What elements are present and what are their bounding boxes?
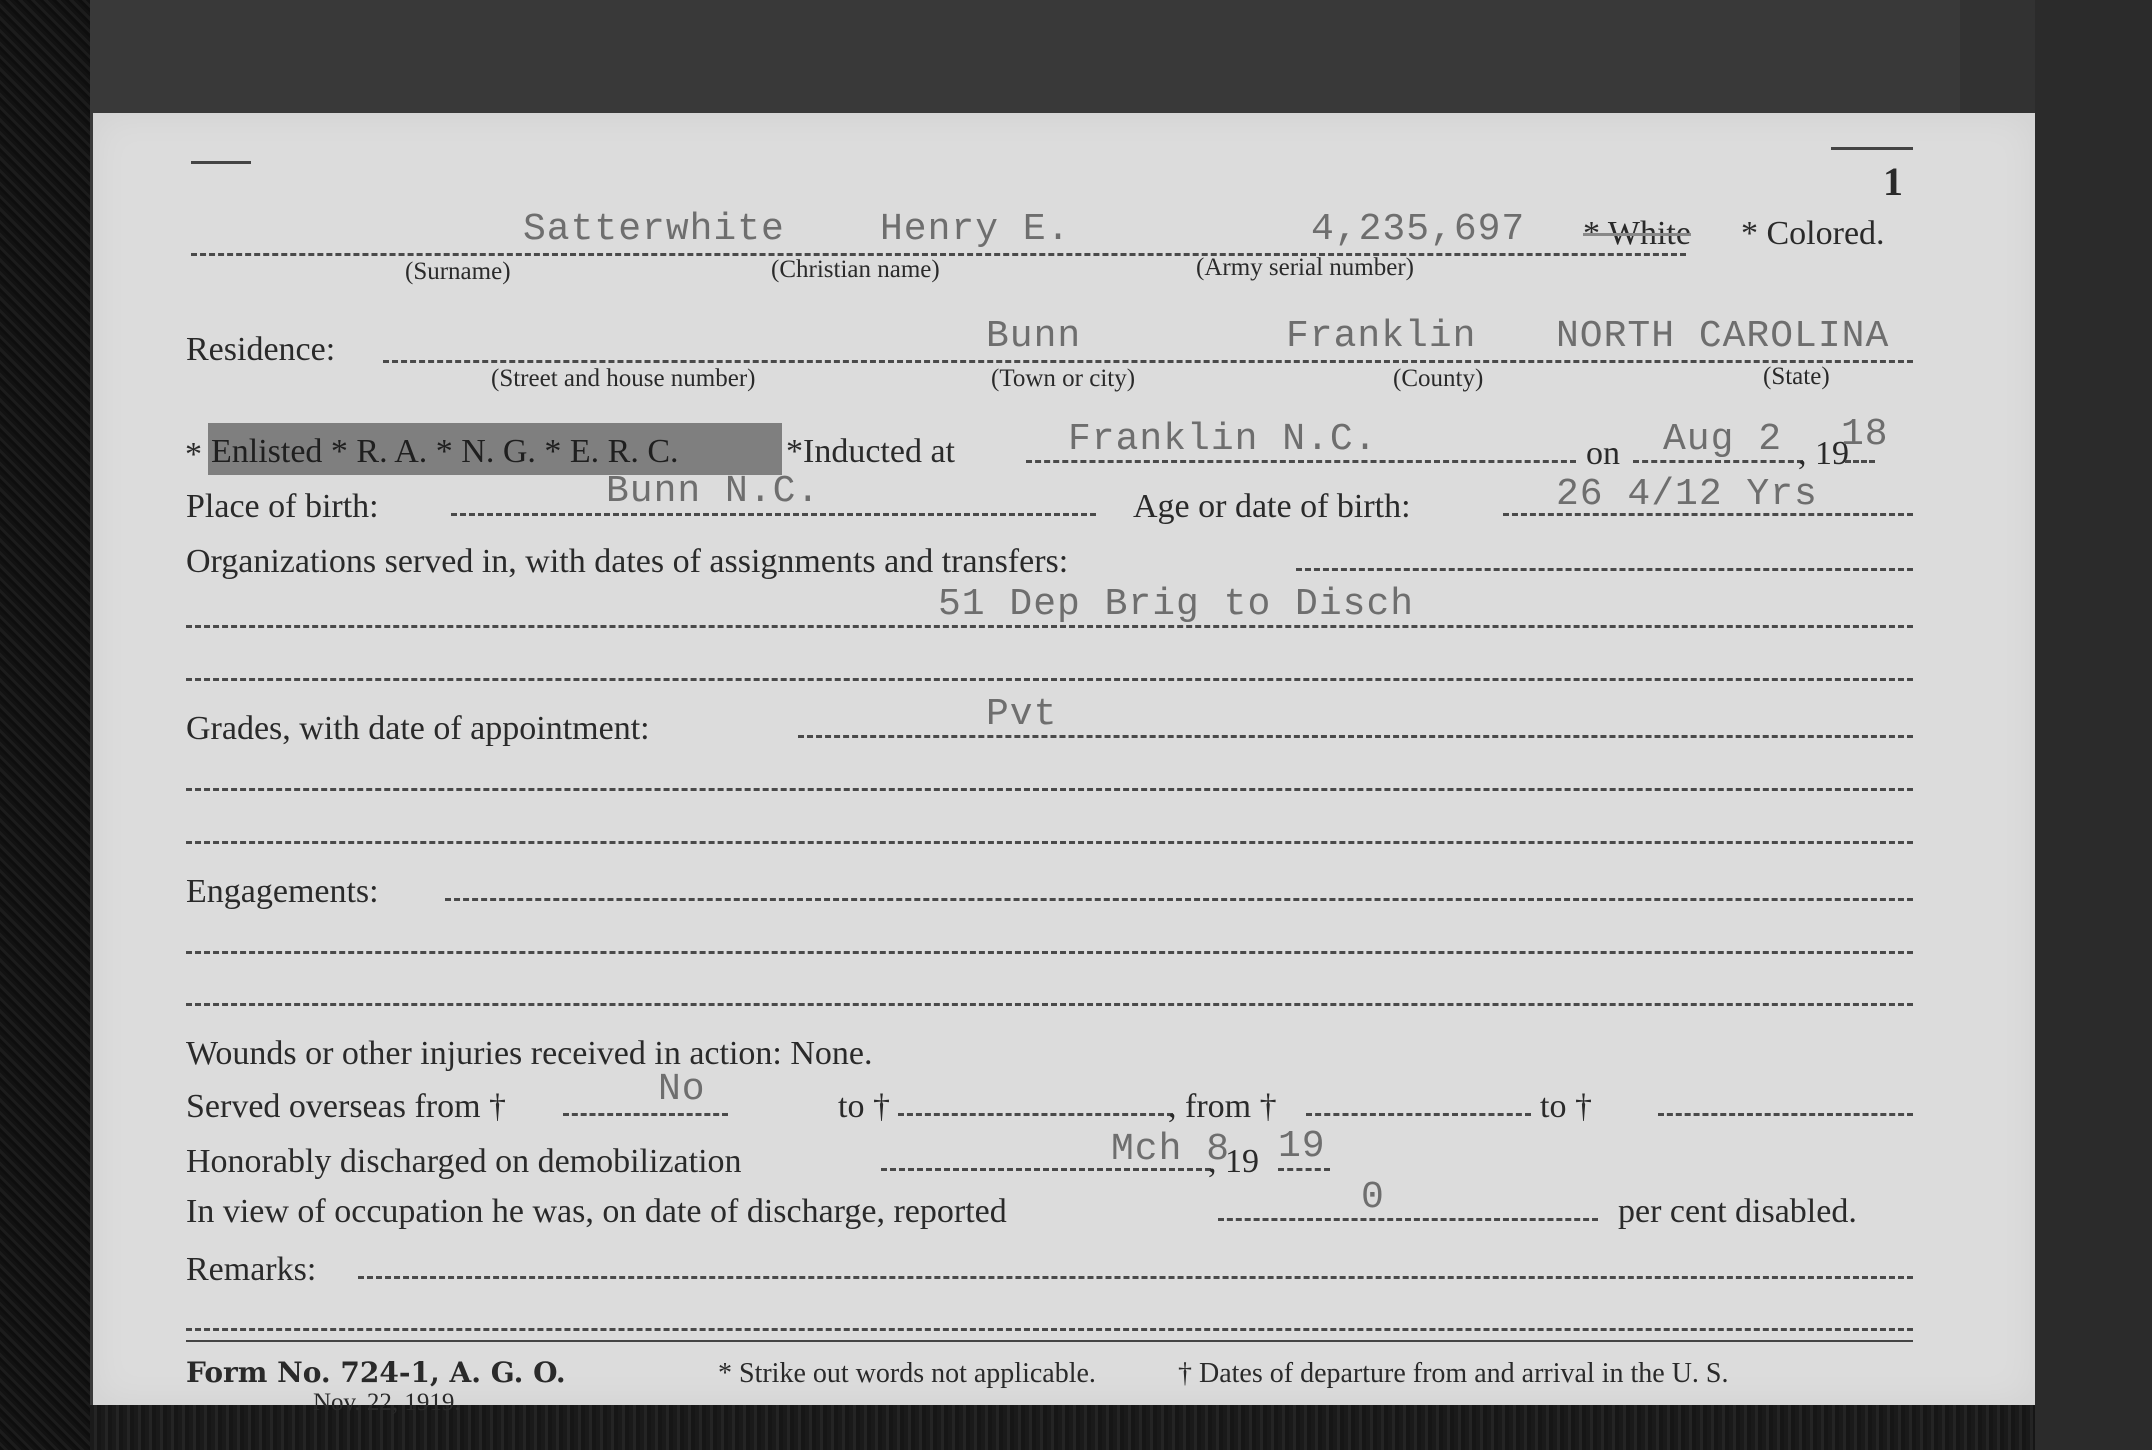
label-surname: (Surname) bbox=[405, 258, 511, 286]
engagements-line-2 bbox=[186, 951, 1913, 954]
right-background-strip bbox=[2035, 0, 2152, 1450]
organizations-line-1 bbox=[1296, 568, 1913, 571]
overseas-to2-line bbox=[1658, 1113, 1913, 1116]
form-date: Nov. 22, 1919. bbox=[313, 1389, 461, 1417]
residence-state-value: NORTH CAROLINA bbox=[1556, 315, 1889, 358]
disability-line bbox=[1218, 1218, 1598, 1221]
top-left-mark bbox=[191, 161, 251, 164]
overseas-from2-line bbox=[1306, 1113, 1531, 1116]
grades-line-1 bbox=[798, 735, 1913, 738]
footer-note-strike: * Strike out words not applicable. bbox=[718, 1358, 1096, 1390]
page-number: 1 bbox=[1883, 158, 1903, 205]
serial-number-value: 4,235,697 bbox=[1311, 208, 1525, 251]
discharge-year-line bbox=[1278, 1168, 1330, 1171]
footer-note-dates: † Dates of departure from and arrival in… bbox=[1178, 1358, 1728, 1390]
residence-line bbox=[383, 360, 1913, 363]
grades-line-2 bbox=[186, 788, 1913, 791]
enlisted-star: * bbox=[185, 436, 202, 474]
inducted-year-value: 18 bbox=[1841, 413, 1889, 456]
disability-value: 0 bbox=[1361, 1176, 1385, 1219]
remarks-line-2 bbox=[186, 1328, 1913, 1331]
right-background-band bbox=[1960, 0, 2035, 113]
engagements-label: Engagements: bbox=[186, 873, 379, 911]
discharge-year-value: 19 bbox=[1278, 1125, 1326, 1168]
form-number: Form No. 724-1, A. G. O. bbox=[186, 1356, 566, 1389]
overseas-to-line bbox=[898, 1113, 1173, 1116]
overseas-from-line bbox=[563, 1113, 728, 1116]
wounds-text: Wounds or other injuries received in act… bbox=[186, 1035, 873, 1073]
discharge-year-prefix: , 19 bbox=[1208, 1143, 1259, 1181]
disability-label: In view of occupation he was, on date of… bbox=[186, 1193, 1007, 1231]
label-county: (County) bbox=[1393, 365, 1483, 393]
inducted-place-value: Franklin N.C. bbox=[1068, 418, 1377, 461]
overseas-from2-label: , from † bbox=[1168, 1088, 1277, 1126]
enlistment-options-struck: Enlisted * R. A. * N. G. * E. R. C. bbox=[211, 433, 679, 471]
overseas-to-label: to † bbox=[838, 1088, 890, 1126]
top-right-mark bbox=[1831, 147, 1913, 150]
organizations-line-2 bbox=[186, 625, 1913, 628]
overseas-to2-label: to † bbox=[1540, 1088, 1592, 1126]
remarks-label: Remarks: bbox=[186, 1251, 316, 1289]
disability-suffix: per cent disabled. bbox=[1618, 1193, 1857, 1231]
inducted-year-line bbox=[1845, 460, 1875, 463]
overseas-from-value: No bbox=[658, 1068, 706, 1111]
organizations-value: 51 Dep Brig to Disch bbox=[938, 583, 1414, 626]
footer-divider bbox=[186, 1340, 1913, 1342]
label-christian-name: (Christian name) bbox=[771, 256, 940, 284]
grades-label: Grades, with date of appointment: bbox=[186, 710, 650, 748]
age-value: 26 4/12 Yrs bbox=[1556, 473, 1818, 516]
service-record-card: 1 Satterwhite Henry E. 4,235,697 * White… bbox=[93, 113, 2035, 1405]
residence-county-value: Franklin bbox=[1286, 315, 1476, 358]
place-of-birth-line bbox=[451, 513, 1096, 516]
organizations-line-3 bbox=[186, 678, 1913, 681]
label-serial-number: (Army serial number) bbox=[1196, 254, 1414, 282]
label-state: (State) bbox=[1763, 363, 1830, 391]
overseas-from-label: Served overseas from † bbox=[186, 1088, 506, 1126]
engagements-line-1 bbox=[445, 898, 1913, 901]
label-town: (Town or city) bbox=[991, 365, 1135, 393]
surname-value: Satterwhite bbox=[523, 208, 785, 251]
inducted-date-value: Aug 2 bbox=[1663, 418, 1782, 461]
label-street: (Street and house number) bbox=[491, 365, 756, 393]
organizations-label: Organizations served in, with dates of a… bbox=[186, 543, 1068, 581]
remarks-line-1 bbox=[358, 1276, 1913, 1279]
inducted-label: *Inducted at bbox=[786, 433, 955, 471]
on-label: on bbox=[1586, 435, 1620, 473]
grades-line-3 bbox=[186, 841, 1913, 844]
residence-label: Residence: bbox=[186, 331, 335, 369]
race-colored-option: * Colored. bbox=[1741, 215, 1885, 253]
age-label: Age or date of birth: bbox=[1133, 488, 1411, 526]
grades-value: Pvt bbox=[986, 693, 1057, 736]
place-of-birth-label: Place of birth: bbox=[186, 488, 379, 526]
residence-town-value: Bunn bbox=[986, 315, 1081, 358]
discharge-label: Honorably discharged on demobilization bbox=[186, 1143, 742, 1181]
engagements-line-3 bbox=[186, 1003, 1913, 1006]
race-white-option: * White bbox=[1583, 215, 1691, 253]
place-of-birth-value: Bunn N.C. bbox=[606, 470, 820, 513]
left-background-strip bbox=[0, 0, 90, 1450]
christian-name-value: Henry E. bbox=[880, 208, 1070, 251]
